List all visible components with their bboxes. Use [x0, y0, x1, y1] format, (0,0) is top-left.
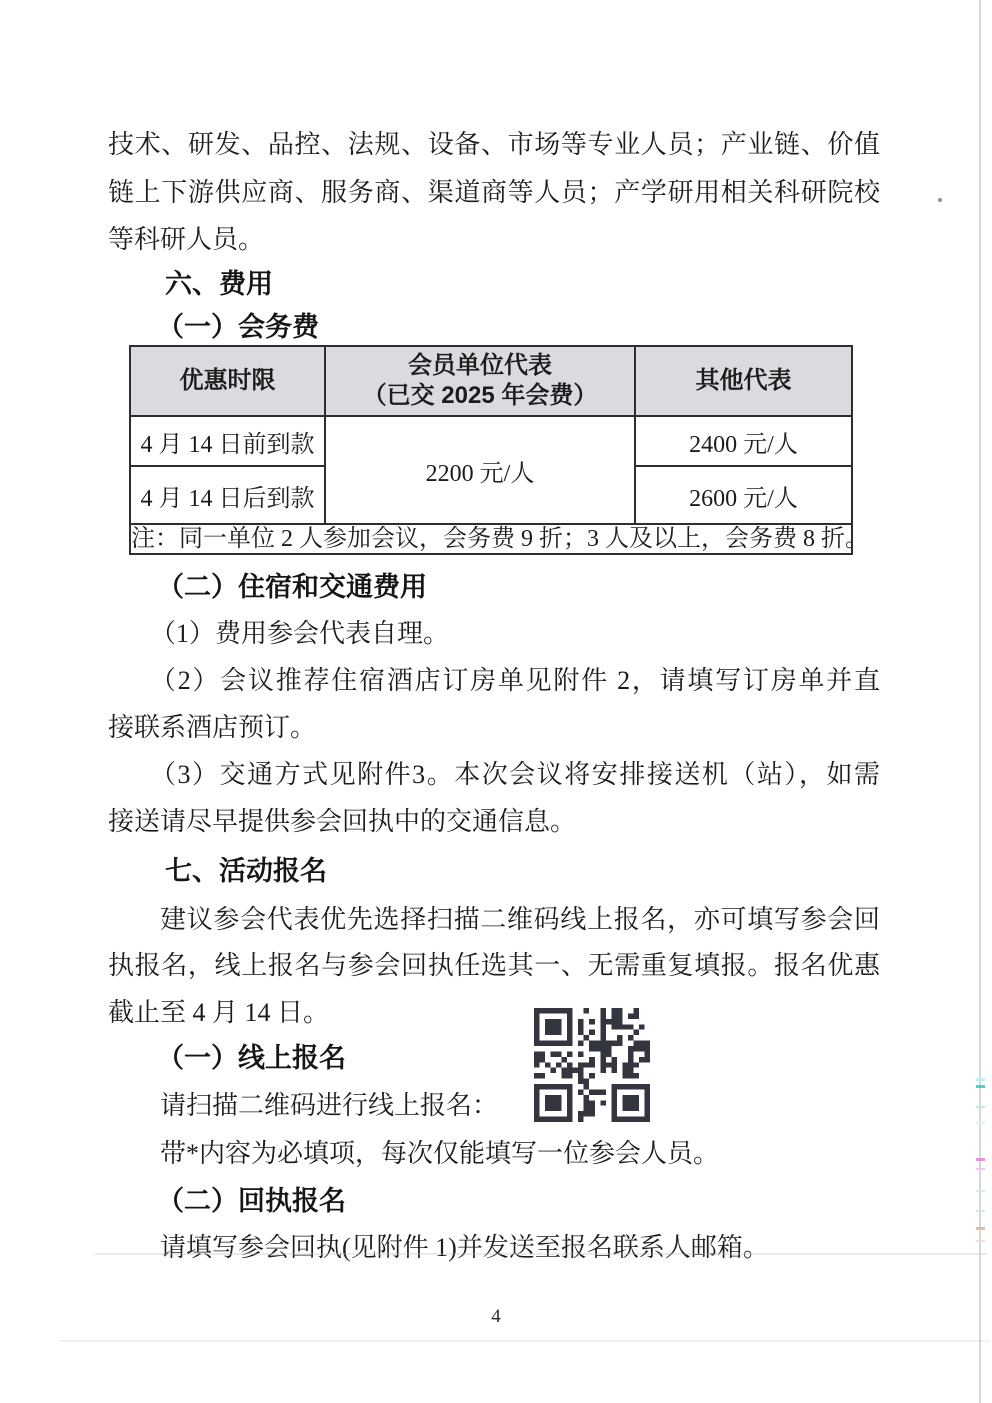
subsection-heading-conference-fee: （一）会务费 [157, 310, 319, 344]
lodging-item-3-line-2: 接送请尽早提供参会回执中的交通信息。 [108, 805, 576, 839]
registration-intro-line-3: 截止至 4 月 14 日。 [108, 996, 329, 1030]
scan-artifact-vertical-line [979, 0, 981, 1403]
conference-fee-table: 优惠时限 会员单位代表 （已交 2025 年会费） 其他代表 4 月 14 日前… [129, 345, 853, 555]
scan-artifact-tick [976, 1210, 985, 1212]
page-number: 4 [0, 1306, 992, 1328]
subsection-heading-receipt-registration: （二）回执报名 [157, 1184, 346, 1218]
fee-table-cell-period-before: 4 月 14 日前到款 [130, 416, 325, 466]
subsection-heading-lodging-transport: （二）住宿和交通费用 [157, 570, 427, 604]
registration-qr-code [534, 1008, 650, 1122]
paragraph-line: 链上下游供应商、服务商、渠道商等人员；产学研用相关科研院校 [108, 176, 880, 210]
paragraph-line: 等科研人员。 [108, 223, 264, 257]
document-page: { "page": { "number": "4" }, "continuati… [0, 0, 992, 1403]
scan-artifact-tick [976, 1227, 985, 1230]
scan-artifact-tick [976, 1078, 985, 1081]
fee-table-cell-other-fee-before: 2400 元/人 [635, 416, 852, 466]
fee-table-note: 注：同一单位 2 人参加会议，会务费 9 折；3 人及以上，会务费 8 折。 [130, 524, 852, 554]
scan-artifact-speck [938, 198, 942, 202]
scan-artifact-horizontal-line [95, 1253, 987, 1255]
scan-artifact-tick [976, 1106, 985, 1108]
scan-artifact-tick [976, 1168, 985, 1170]
registration-intro-line-2: 执报名，线上报名与参会回执任选其一、无需重复填报。报名优惠 [108, 949, 880, 983]
lodging-item-2-line-2: 接联系酒店预订。 [108, 711, 316, 745]
fee-table-header-member-line1: 会员单位代表 [326, 351, 634, 381]
paragraph-line: 技术、研发、品控、法规、设备、市场等专业人员；产业链、价值 [108, 128, 880, 162]
receipt-instruction: 请填写参会回执(见附件 1)并发送至报名联系人邮箱。 [160, 1231, 769, 1265]
lodging-item-2-line-1: （2）会议推荐住宿酒店订房单见附件 2，请填写订房单并直 [150, 664, 880, 698]
fee-table-cell-other-fee-after: 2600 元/人 [635, 466, 852, 524]
subsection-heading-online-registration: （一）线上报名 [157, 1041, 346, 1075]
online-scan-prompt: 请扫描二维码进行线上报名： [160, 1089, 498, 1123]
scan-artifact-tick [976, 1190, 985, 1192]
fee-table-cell-member-fee: 2200 元/人 [325, 416, 635, 524]
fee-table-cell-period-after: 4 月 14 日后到款 [130, 466, 325, 524]
lodging-item-3-line-1: （3）交通方式见附件3。本次会议将安排接送机（站），如需 [150, 758, 880, 792]
scan-artifact-tick [976, 1122, 985, 1124]
fee-table-header-other: 其他代表 [635, 346, 852, 416]
scan-artifact-tick [976, 1240, 985, 1242]
qr-code-icon [534, 1008, 650, 1122]
section-heading-registration: 七、活动报名 [165, 854, 327, 888]
registration-intro-line-1: 建议参会代表优先选择扫描二维码线上报名，亦可填写参会回 [160, 903, 880, 937]
lodging-item-1: （1）费用参会代表自理。 [150, 617, 449, 651]
fee-table-header-period: 优惠时限 [130, 346, 325, 416]
section-heading-fees: 六、费用 [165, 267, 273, 301]
scan-artifact-tick [976, 1085, 985, 1088]
fee-table-header-member-line2: （已交 2025 年会费） [326, 381, 634, 411]
scan-artifact-horizontal-line [60, 1340, 990, 1342]
online-required-note: 带*内容为必填项，每次仅能填写一位参会人员。 [160, 1137, 719, 1171]
scan-artifact-tick [976, 1158, 985, 1161]
fee-table-header-member: 会员单位代表 （已交 2025 年会费） [325, 346, 635, 416]
